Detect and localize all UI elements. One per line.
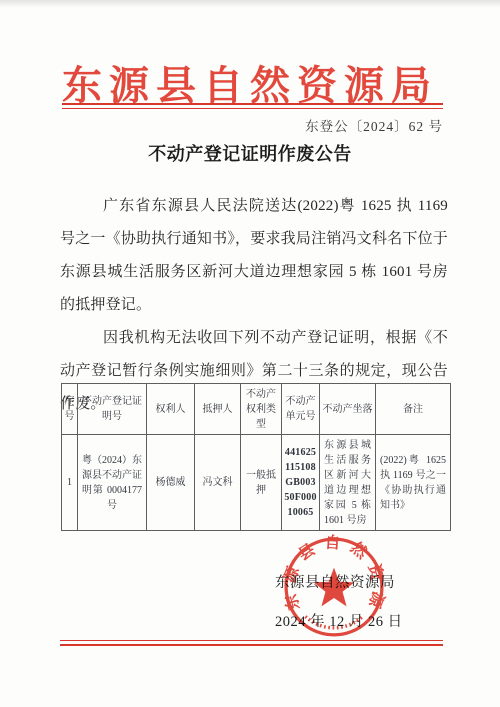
official-round-seal: 东源县自然资源局 — [281, 534, 387, 640]
seal-star-icon — [314, 568, 355, 607]
masthead-divider-line — [62, 103, 443, 109]
col-header-unit-no: 不动产单元号 — [282, 384, 320, 435]
col-header-right-type: 不动产权利类型 — [241, 384, 282, 435]
body-paragraph-1: 广东省东源县人民法院送达(2022)粤 1625 执 1169 号之一《协助执行… — [60, 190, 448, 322]
cell-right-holder: 杨德威 — [147, 435, 195, 531]
col-header-remark: 备注 — [376, 384, 451, 435]
scan-shadow — [0, 0, 500, 8]
cell-unit-no: 441625115108GB00350F00010065 — [282, 435, 320, 531]
cell-mortgagor: 冯文科 — [195, 435, 241, 531]
col-header-cert-no: 不动产登记证明号 — [78, 384, 147, 435]
document-reference-number: 东登公〔2024〕62 号 — [305, 115, 443, 135]
col-header-mortgagor: 抵押人 — [195, 384, 241, 435]
table-row: 1 粤（2024）东源县不动产证明第 0004177 号 杨德威 冯文科 一般抵… — [62, 435, 451, 531]
cell-location: 东源县城生活服务区新河大道边理想家园 5 栋 1601 号房 — [320, 435, 376, 531]
col-header-location: 不动产坐落 — [320, 384, 376, 435]
cell-cert-no: 粤（2024）东源县不动产证明第 0004177 号 — [78, 435, 147, 531]
cell-right-type: 一般抵押 — [241, 435, 282, 531]
seal-serial-marks — [305, 617, 362, 628]
col-header-right-holder: 权利人 — [147, 384, 195, 435]
footer-divider-line — [60, 640, 443, 646]
cell-remark: (2022)粤 1625 执 1169 号之一《协助执行通知书》 — [376, 435, 451, 531]
col-header-seq: 序号 — [62, 384, 78, 435]
notice-title: 不动产登记证明作废公告 — [0, 140, 500, 166]
cell-seq: 1 — [62, 435, 78, 531]
table-header-row: 序号 不动产登记证明号 权利人 抵押人 不动产权利类型 不动产单元号 不动产坐落… — [62, 384, 451, 435]
official-notice-document: 东源县自然资源局 东登公〔2024〕62 号 不动产登记证明作废公告 广东省东源… — [0, 0, 500, 707]
voided-certificates-table: 序号 不动产登记证明号 权利人 抵押人 不动产权利类型 不动产单元号 不动产坐落… — [61, 383, 451, 531]
